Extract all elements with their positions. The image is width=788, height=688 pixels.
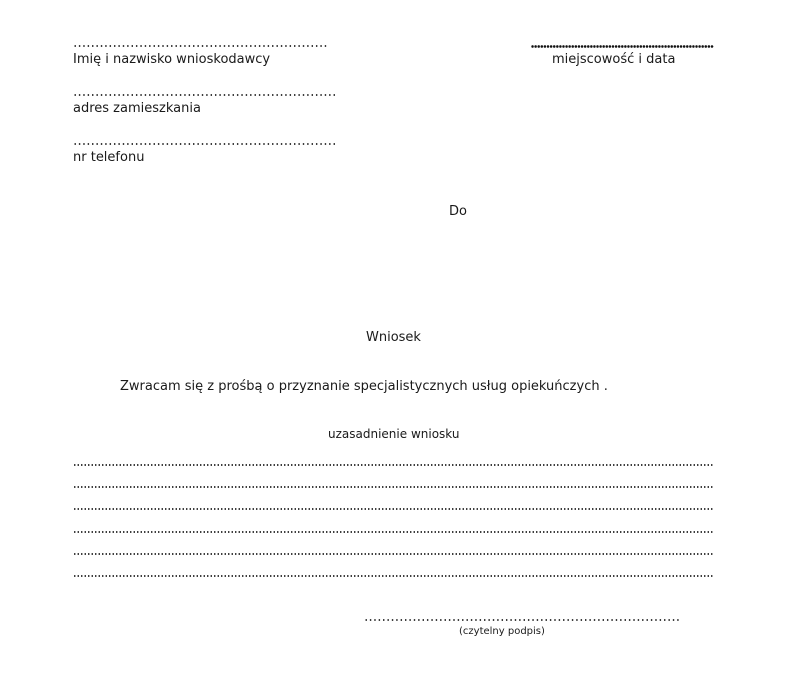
signature-label: (czytelny podpis) bbox=[459, 626, 545, 637]
justification-line[interactable] bbox=[73, 575, 714, 577]
address-field[interactable] bbox=[73, 94, 335, 96]
place-date-label: miejscowość i data bbox=[552, 52, 675, 67]
justification-line[interactable] bbox=[73, 531, 714, 533]
place-date-field[interactable] bbox=[531, 45, 714, 48]
document-title: Wniosek bbox=[366, 330, 421, 345]
request-text: Zwracam się z prośbą o przyznanie specja… bbox=[120, 379, 608, 394]
justification-label: uzasadnienie wniosku bbox=[328, 427, 459, 441]
justification-line[interactable] bbox=[73, 464, 714, 466]
address-label: adres zamieszkania bbox=[73, 101, 201, 116]
justification-line[interactable] bbox=[73, 486, 714, 488]
justification-line[interactable] bbox=[73, 553, 714, 555]
phone-label: nr telefonu bbox=[73, 150, 144, 165]
applicant-name-label: Imię i nazwisko wnioskodawcy bbox=[73, 52, 270, 67]
phone-field[interactable] bbox=[73, 143, 335, 145]
applicant-name-field[interactable] bbox=[73, 45, 329, 47]
justification-line[interactable] bbox=[73, 508, 714, 510]
recipient-label: Do bbox=[449, 204, 467, 219]
signature-field[interactable] bbox=[364, 619, 680, 621]
